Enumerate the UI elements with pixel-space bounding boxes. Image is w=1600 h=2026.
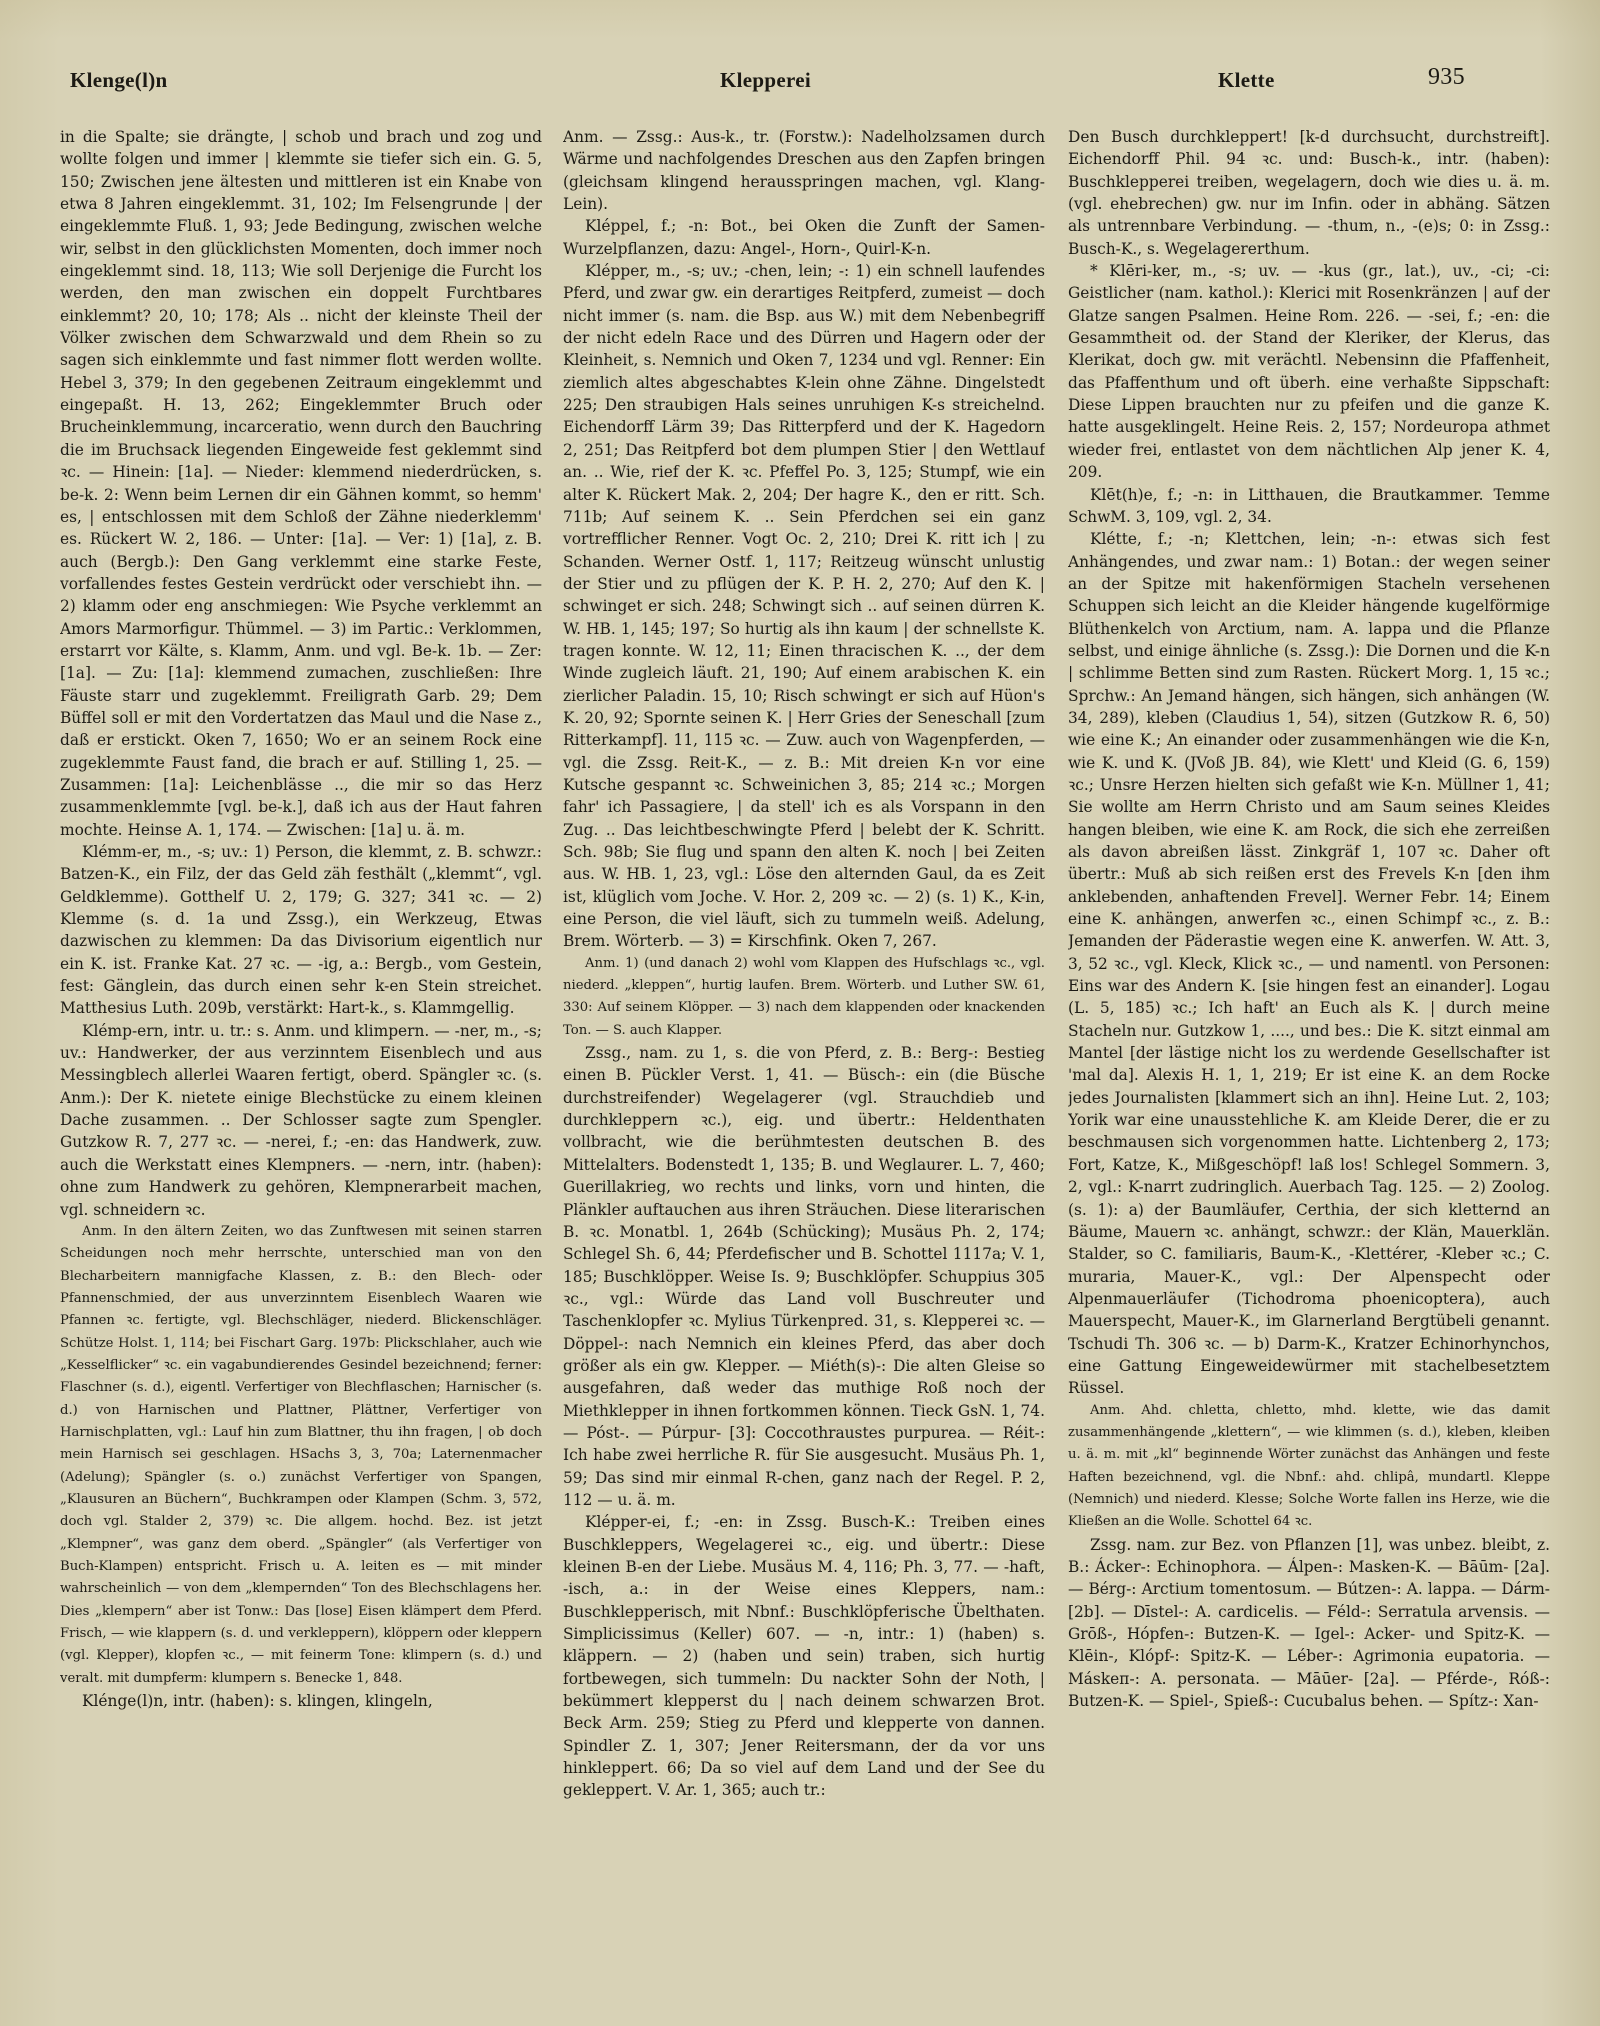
- entry-compounds-klette: Zssg. nam. zur Bez. von Pflanzen [1], wa…: [1068, 1534, 1550, 1713]
- entry-klepper: Klépper, m., -s; uv.; -chen, lein; -: 1)…: [563, 260, 1045, 953]
- entry-kleriker: * Klēri-ker, m., -s; uv. — -kus (gr., la…: [1068, 260, 1550, 483]
- entry-text: in die Spalte; sie drängte, | schob und …: [60, 126, 542, 841]
- page-number: 935: [1428, 64, 1465, 91]
- entry-note-klempner: Anm. In den ältern Zeiten, wo das Zunftw…: [60, 1221, 542, 1690]
- entry-klethe: Klēt(h)e, f.; -n: in Litthauen, die Brau…: [1068, 484, 1550, 529]
- right-guideword: Klette: [1218, 68, 1275, 93]
- entry-note-klepper: Anm. 1) (und danach 2) wohl vom Klappen …: [563, 953, 1045, 1042]
- column-1: in die Spalte; sie drängte, | schob und …: [60, 126, 542, 1906]
- entry-klepperei: Klépper-ei, f.; -en: in Zssg. Busch-K.: …: [563, 1511, 1045, 1801]
- entry-klette: Klétte, f.; -n; Klettchen, lein; -n-: et…: [1068, 528, 1550, 1399]
- column-3: Den Busch durchkleppert! [k-d durchsucht…: [1068, 126, 1550, 1906]
- dictionary-columns: in die Spalte; sie drängte, | schob und …: [60, 126, 1550, 1906]
- entry-klengeln: Klénge(l)n, intr. (haben): s. klingen, k…: [60, 1690, 542, 1712]
- column-2: Anm. — Zssg.: Aus-k., tr. (Forstw.): Nad…: [563, 126, 1045, 1906]
- center-guideword: Klepperei: [720, 68, 811, 93]
- entry-klemmer: Klémm-er, m., -s; uv.: 1) Person, die kl…: [60, 841, 542, 1020]
- entry-text: Den Busch durchkleppert! [k-d durchsucht…: [1068, 126, 1550, 260]
- entry-compounds-klepper: Zssg., nam. zu 1, s. die von Pferd, z. B…: [563, 1042, 1045, 1511]
- running-header: Klenge(l)n Klepperei Klette 935: [60, 62, 1550, 102]
- entry-kleppel: Kléppel, f.; -n: Bot., bei Oken die Zunf…: [563, 215, 1045, 260]
- entry-text: Anm. — Zssg.: Aus-k., tr. (Forstw.): Nad…: [563, 126, 1045, 215]
- left-guideword: Klenge(l)n: [70, 68, 168, 93]
- entry-note-klette: Anm. Ahd. chletta, chletto, mhd. klette,…: [1068, 1400, 1550, 1534]
- entry-klempern: Klémp-ern, intr. u. tr.: s. Anm. und kli…: [60, 1020, 542, 1221]
